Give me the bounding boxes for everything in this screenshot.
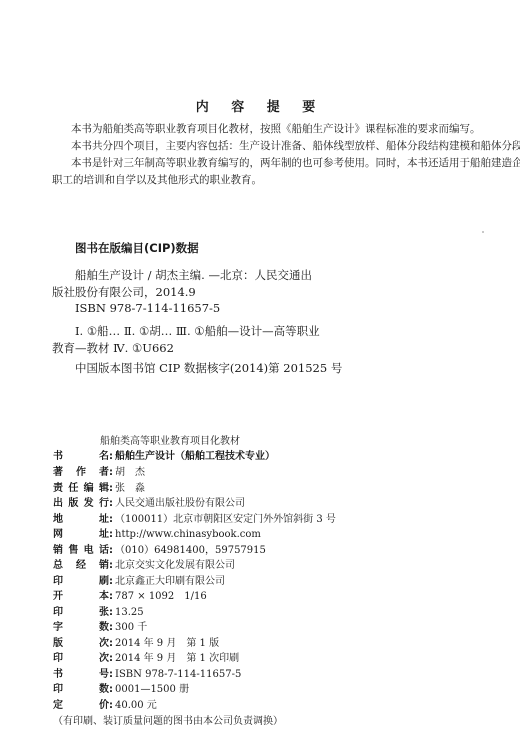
record-label: 开本 — [53, 587, 109, 602]
abstract-paragraph-3-cont: 职工的培训和自学以及其他形式的职业教育。 — [52, 172, 262, 188]
abstract-paragraph-3: 本书是针对三年制高等职业教育编写的，两年制的也可参考使用。同时，本书还适用于船舶… — [71, 155, 520, 171]
record-value: 300 千 — [115, 622, 147, 633]
record-row-title: 书名:船舶生产设计（船舶工程技术专业） — [53, 447, 275, 462]
cip-isbn: ISBN 978-7-114-11657-5 — [75, 301, 220, 315]
record-value: （010）64981400，59757915 — [115, 545, 266, 556]
abstract-paragraph-2: 本书共分四个项目，主要内容包括：生产设计准备、船体线型放样、船体分段结构建模和船… — [71, 138, 520, 154]
record-label: 责任编辑 — [53, 479, 109, 494]
abstract-paragraph-1: 本书为船舶类高等职业教育项目化教材，按照《船舶生产设计》课程标准的要求而编写。 — [71, 121, 481, 137]
record-value: 0001—1500 册 — [115, 684, 189, 695]
record-value: 胡 杰 — [115, 467, 145, 478]
record-row-printing: 印次:2014 年 9 月 第 1 次印刷 — [53, 649, 239, 664]
record-label: 印数 — [53, 680, 109, 695]
record-value: （100011）北京市朝阳区安定门外外馆斜街 3 号 — [115, 514, 336, 525]
record-label: 印张 — [53, 603, 109, 618]
record-row-website: 网址:http://www.chinasybook.com — [53, 525, 261, 540]
record-value: 人民交通出版社股份有限公司 — [115, 498, 245, 509]
record-label: 出版发行 — [53, 494, 109, 509]
cip-record-number: 中国版本图书馆 CIP 数据核字(2014)第 201525 号 — [75, 360, 342, 376]
record-row-price: 定价:40.00 元 — [53, 696, 157, 711]
record-row-print-run: 印数:0001—1500 册 — [53, 680, 189, 695]
record-value: 船舶生产设计（船舶工程技术专业） — [115, 451, 275, 462]
quality-note: （有印刷、装订质量问题的图书由本公司负责调换） — [53, 712, 283, 727]
scan-speck — [482, 231, 484, 233]
record-value: 787 × 1092 1/16 — [115, 591, 207, 602]
record-label: 书名 — [53, 447, 109, 462]
cip-classification: Ⅰ. ①船… Ⅱ. ①胡… Ⅲ. ①船舶—设计—高等职业 — [75, 323, 320, 339]
cip-line-1: 船舶生产设计 / 胡杰主编. —北京：人民交通出 — [75, 267, 312, 283]
record-label: 版次 — [53, 634, 109, 649]
record-row-word-count: 字数:300 千 — [53, 618, 147, 633]
record-label: 网址 — [53, 525, 109, 540]
record-row-distributor: 总经销:北京交实文化发展有限公司 — [53, 556, 235, 571]
record-row-format: 开本:787 × 1092 1/16 — [53, 587, 207, 602]
record-row-publisher: 出版发行:人民交通出版社股份有限公司 — [53, 494, 245, 509]
record-value: 13.25 — [115, 607, 144, 618]
cip-classification-cont: 教育—教材 Ⅳ. ①U662 — [52, 340, 174, 356]
record-label: 印次 — [53, 649, 109, 664]
record-row-editor: 责任编辑:张 淼 — [53, 479, 145, 494]
record-value: 张 淼 — [115, 483, 145, 494]
record-label: 书号 — [53, 665, 109, 680]
record-row-sheets: 印张:13.25 — [53, 603, 144, 618]
record-label: 字数 — [53, 618, 109, 633]
record-label: 印刷 — [53, 572, 109, 587]
cip-heading: 图书在版编目(CIP)数据 — [75, 240, 199, 256]
record-value: 北京交实文化发展有限公司 — [115, 560, 235, 571]
record-row-edition: 版次:2014 年 9 月 第 1 版 — [53, 634, 219, 649]
record-row-address: 地址:（100011）北京市朝阳区安定门外外馆斜街 3 号 — [53, 510, 336, 525]
record-row-isbn: 书号:ISBN 978-7-114-11657-5 — [53, 665, 241, 680]
record-value: 2014 年 9 月 第 1 次印刷 — [115, 653, 239, 664]
record-label: 地址 — [53, 510, 109, 525]
record-row-sales-phone: 销售电话:（010）64981400，59757915 — [53, 541, 266, 556]
record-value: http://www.chinasybook.com — [115, 529, 261, 540]
record-value: 2014 年 9 月 第 1 版 — [115, 638, 219, 649]
record-label: 销售电话 — [53, 541, 109, 556]
record-label: 总经销 — [53, 556, 109, 571]
record-row-author: 著作者:胡 杰 — [53, 463, 145, 478]
record-value: ISBN 978-7-114-11657-5 — [115, 669, 241, 680]
abstract-title: 内 容 提 要 — [0, 96, 520, 115]
record-label: 定价 — [53, 696, 109, 711]
cip-line-2: 版社股份有限公司，2014.9 — [52, 284, 196, 300]
record-row-printer: 印刷:北京鑫正大印刷有限公司 — [53, 572, 225, 587]
record-value: 40.00 元 — [115, 700, 157, 711]
record-value: 北京鑫正大印刷有限公司 — [115, 576, 225, 587]
record-label: 著作者 — [53, 463, 109, 478]
series-name: 船舶类高等职业教育项目化教材 — [100, 432, 240, 447]
